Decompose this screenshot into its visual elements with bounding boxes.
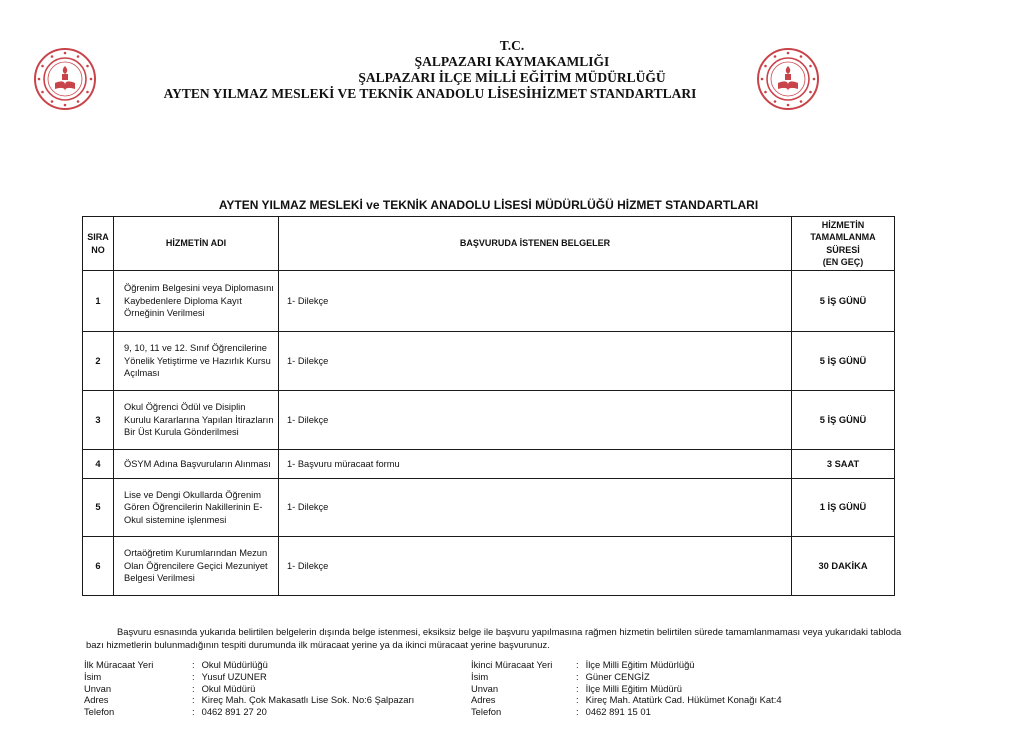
row-number: 5 <box>83 479 114 537</box>
header-sira-no: SIRA NO <box>83 217 114 271</box>
application-note: Başvuru esnasında yukarıda belirtilen be… <box>86 626 906 651</box>
table-row: 29, 10, 11 ve 12. Sınıf Öğrencilerine Yö… <box>83 332 895 391</box>
contact-row: İkinci Müracaat Yeriİlçe Milli Eğitim Mü… <box>471 659 782 671</box>
required-documents: 1- Dilekçe <box>279 332 792 391</box>
contact-row: AdresKireç Mah. Atatürk Cad. Hükümet Kon… <box>471 694 782 706</box>
required-documents: 1- Dilekçe <box>279 391 792 450</box>
contact-value: Okul Müdürü <box>192 683 255 695</box>
contact-label: Telefon <box>84 706 192 718</box>
row-number: 6 <box>83 537 114 596</box>
contact-label: Unvan <box>471 683 576 695</box>
contact-value: 0462 891 27 20 <box>192 706 267 718</box>
contact-row: İsimYusuf UZUNER <box>84 671 414 683</box>
header-belgeler: BAŞVURUDA İSTENEN BELGELER <box>279 217 792 271</box>
contact-row: Unvanİlçe Milli Eğitim Müdürü <box>471 683 782 695</box>
contact-label: İsim <box>471 671 576 683</box>
table-row: 6Ortaöğretim Kurumlarından Mezun Olan Öğ… <box>83 537 895 596</box>
contact-value: İlçe Milli Eğitim Müdürü <box>576 683 682 695</box>
completion-time: 5 İŞ GÜNÜ <box>792 332 895 391</box>
table-row: 1Öğrenim Belgesini veya Diplomasını Kayb… <box>83 271 895 332</box>
contact-row: Telefon0462 891 27 20 <box>84 706 414 718</box>
header-kaymakamlik: ŞALPAZARI KAYMAKAMLIĞI <box>0 54 1024 70</box>
contact-label: İkinci Müracaat Yeri <box>471 659 576 671</box>
contact-value: 0462 891 15 01 <box>576 706 651 718</box>
completion-time: 5 İŞ GÜNÜ <box>792 271 895 332</box>
table-row: 4ÖSYM Adına Başvuruların Alınması1- Başv… <box>83 450 895 479</box>
document-header: T.C. ŞALPAZARI KAYMAKAMLIĞI ŞALPAZARI İL… <box>0 38 1024 102</box>
service-standards-table: SIRA NO HİZMETİN ADI BAŞVURUDA İSTENEN B… <box>82 216 895 596</box>
service-name: Ortaöğretim Kurumlarından Mezun Olan Öğr… <box>114 537 279 596</box>
completion-time: 1 İŞ GÜNÜ <box>792 479 895 537</box>
contact-row: UnvanOkul Müdürü <box>84 683 414 695</box>
header-sure: HİZMETİN TAMAMLANMA SÜRESİ (EN GEÇ) <box>792 217 895 271</box>
header-school-title: AYTEN YILMAZ MESLEKİ VE TEKNİK ANADOLU L… <box>0 86 942 102</box>
contact-value: Kireç Mah. Çok Makasatlı Lise Sok. No:6 … <box>192 694 414 706</box>
contact-label: İlk Müracaat Yeri <box>84 659 192 671</box>
service-name: Öğrenim Belgesini veya Diplomasını Kaybe… <box>114 271 279 332</box>
row-number: 1 <box>83 271 114 332</box>
completion-time: 30 DAKİKA <box>792 537 895 596</box>
contact-row: AdresKireç Mah. Çok Makasatlı Lise Sok. … <box>84 694 414 706</box>
service-name: Lise ve Dengi Okullarda Öğrenim Gören Öğ… <box>114 479 279 537</box>
second-contact-block: İkinci Müracaat Yeriİlçe Milli Eğitim Mü… <box>471 659 782 718</box>
contact-row: İlk Müracaat YeriOkul Müdürlüğü <box>84 659 414 671</box>
contact-value: Yusuf UZUNER <box>192 671 267 683</box>
service-name: Okul Öğrenci Ödül ve Disiplin Kurulu Kar… <box>114 391 279 450</box>
contact-value: İlçe Milli Eğitim Müdürlüğü <box>576 659 695 671</box>
contact-label: İsim <box>84 671 192 683</box>
contact-value: Okul Müdürlüğü <box>192 659 268 671</box>
required-documents: 1- Dilekçe <box>279 271 792 332</box>
required-documents: 1- Dilekçe <box>279 479 792 537</box>
first-contact-block: İlk Müracaat YeriOkul MüdürlüğüİsimYusuf… <box>84 659 414 718</box>
header-hizmet-adi: HİZMETİN ADI <box>114 217 279 271</box>
row-number: 4 <box>83 450 114 479</box>
contact-label: Telefon <box>471 706 576 718</box>
completion-time: 5 İŞ GÜNÜ <box>792 391 895 450</box>
table-row: 3Okul Öğrenci Ödül ve Disiplin Kurulu Ka… <box>83 391 895 450</box>
contact-row: İsimGüner CENGİZ <box>471 671 782 683</box>
contact-row: Telefon0462 891 15 01 <box>471 706 782 718</box>
service-name: 9, 10, 11 ve 12. Sınıf Öğrencilerine Yön… <box>114 332 279 391</box>
contact-label: Unvan <box>84 683 192 695</box>
service-name: ÖSYM Adına Başvuruların Alınması <box>114 450 279 479</box>
table-title: AYTEN YILMAZ MESLEKİ ve TEKNİK ANADOLU L… <box>82 198 895 212</box>
contact-label: Adres <box>471 694 576 706</box>
contact-value: Kireç Mah. Atatürk Cad. Hükümet Konağı K… <box>576 694 782 706</box>
header-tc: T.C. <box>0 38 1024 54</box>
contact-label: Adres <box>84 694 192 706</box>
row-number: 3 <box>83 391 114 450</box>
table-header-row: SIRA NO HİZMETİN ADI BAŞVURUDA İSTENEN B… <box>83 217 895 271</box>
table-row: 5Lise ve Dengi Okullarda Öğrenim Gören Ö… <box>83 479 895 537</box>
required-documents: 1- Başvuru müracaat formu <box>279 450 792 479</box>
header-mem: ŞALPAZARI İLÇE MİLLİ EĞİTİM MÜDÜRLÜĞÜ <box>0 70 1024 86</box>
row-number: 2 <box>83 332 114 391</box>
required-documents: 1- Dilekçe <box>279 537 792 596</box>
contact-value: Güner CENGİZ <box>576 671 650 683</box>
completion-time: 3 SAAT <box>792 450 895 479</box>
